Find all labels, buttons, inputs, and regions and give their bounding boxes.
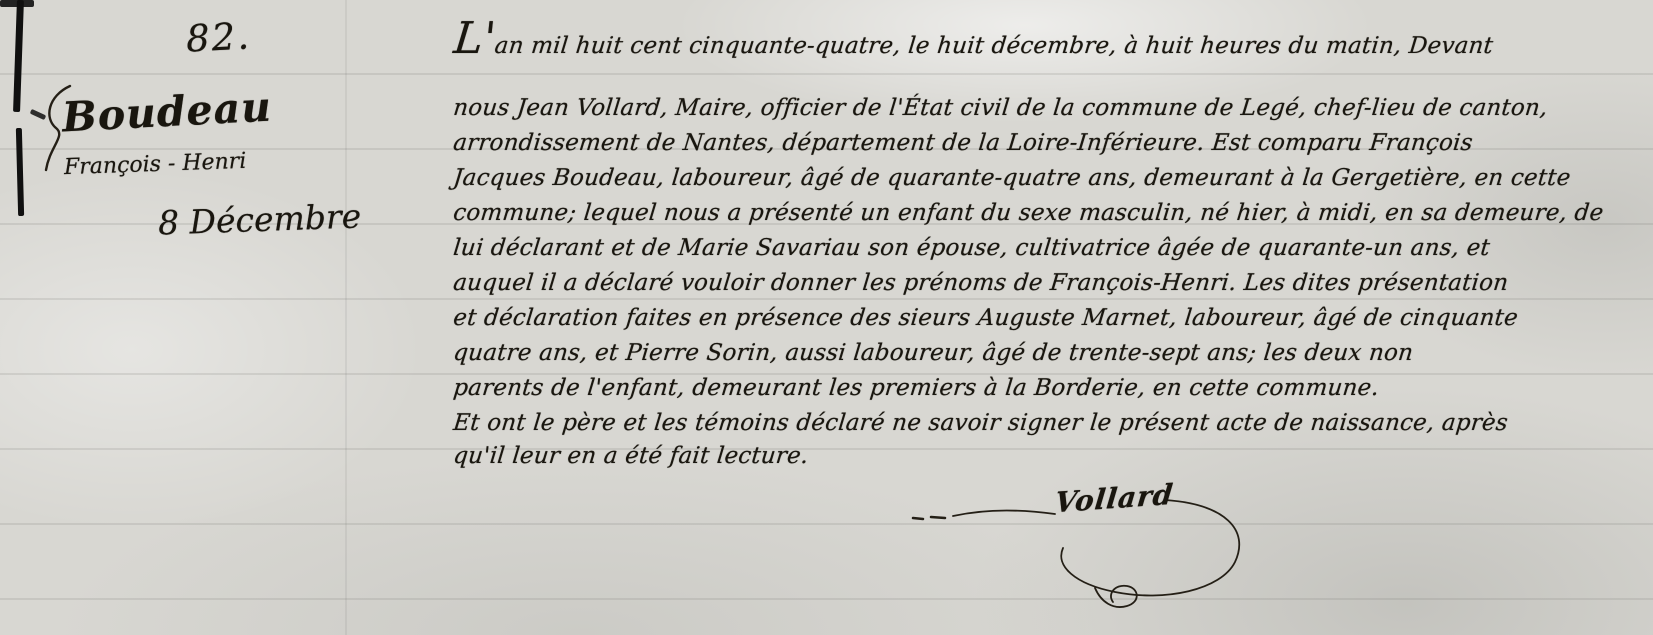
act-line: qu'il leur en a été fait lecture. [452,443,810,469]
act-line: L'an mil huit cent cinquante-quatre, le … [452,26,1495,59]
binding-edge [16,128,24,216]
child-surname: Boudeau [61,83,273,142]
act-number: 82. [185,14,252,60]
act-line: quatre ans, et Pierre Sorin, aussi labou… [452,340,1415,366]
act-line: et déclaration faites en présence des si… [452,305,1519,331]
act-line: parents de l'enfant, demeurant les premi… [452,375,1380,401]
binding-edge [13,0,24,112]
child-given-names: François - Henri [64,149,247,180]
act-line: nous Jean Vollard, Maire, officier de l'… [452,95,1549,121]
act-line: Jacques Boudeau, laboureur, âgé de quara… [452,165,1572,191]
act-date: 8 Décembre [157,196,361,242]
act-line: arrondissement de Nantes, département de… [452,130,1474,156]
act-line: commune; lequel nous a présenté un enfan… [452,200,1605,226]
act-line: auquel il a déclaré vouloir donner les p… [452,270,1510,296]
register-page: 82. Boudeau François - Henri 8 Décembre … [0,0,1653,635]
act-line: Et ont le père et les témoins déclaré ne… [452,410,1509,436]
mayor-signature: Vollard [905,470,1325,620]
act-line: lui déclarant et de Marie Savariau son é… [452,235,1491,261]
binding-edge [0,0,34,7]
margin-rule [345,0,347,635]
